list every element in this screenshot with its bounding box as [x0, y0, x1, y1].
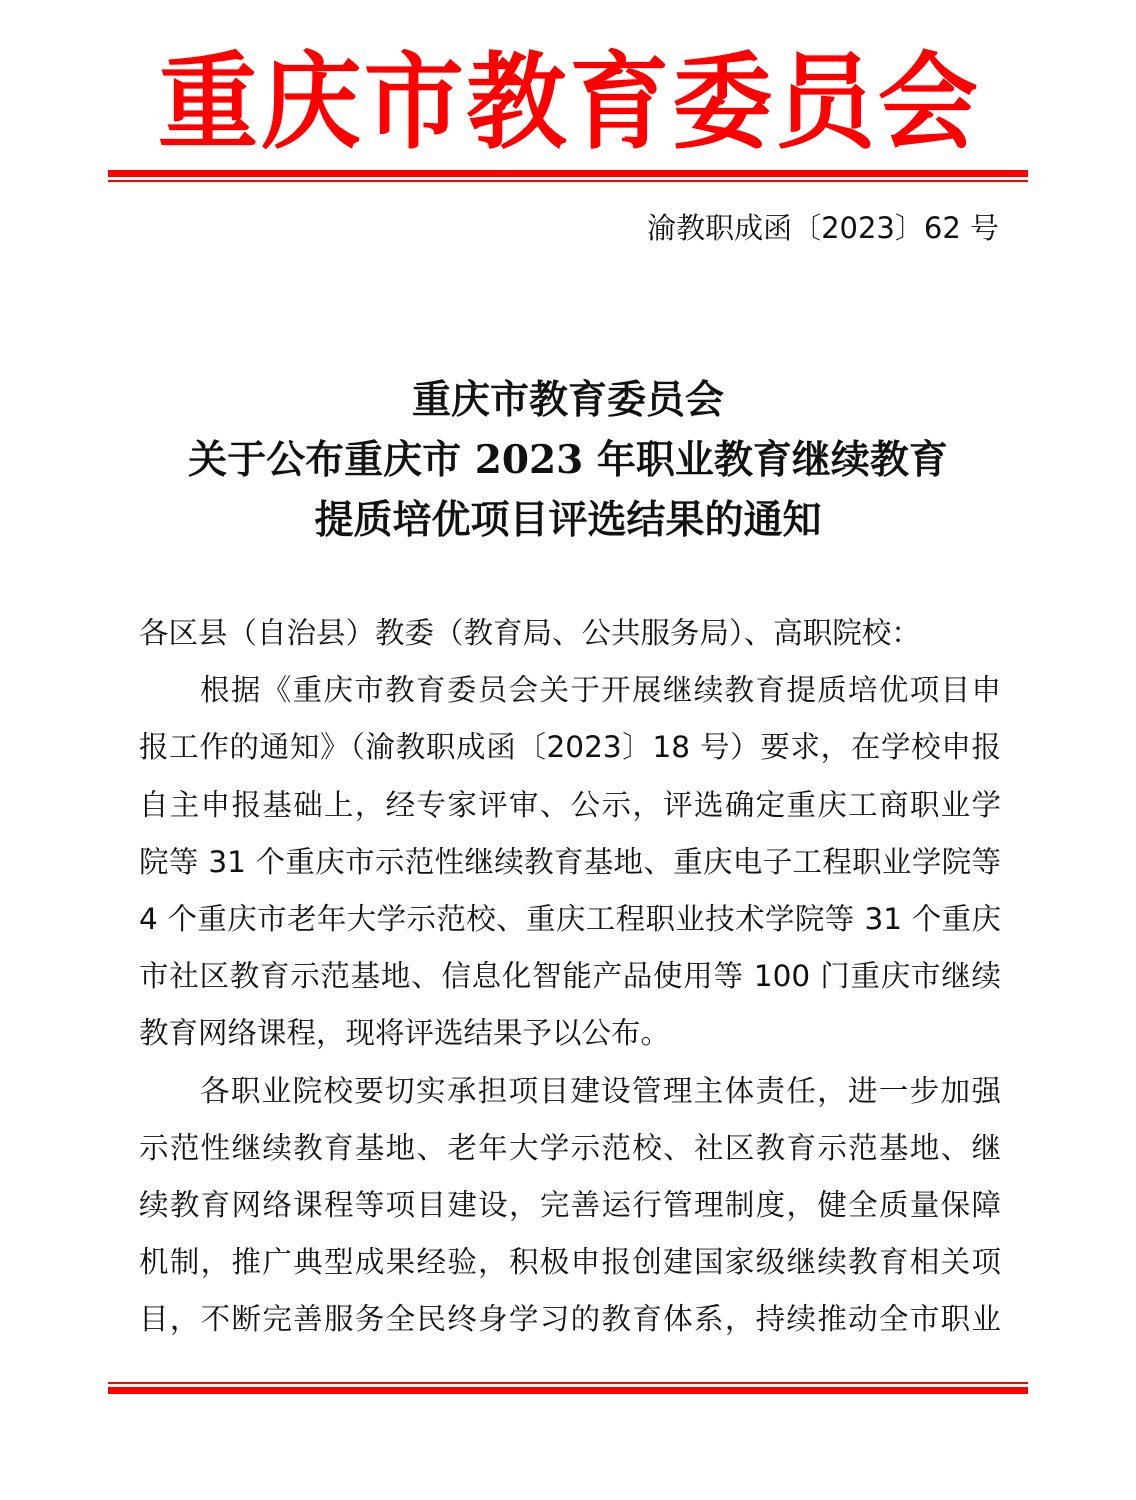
masthead-char: 重 [158, 50, 258, 155]
footer-rule-thick [108, 1387, 1028, 1394]
masthead-title: 重 庆 市 教 育 委 员 会 [108, 52, 1028, 152]
title-line-3: 提质培优项目评选结果的通知 [0, 490, 1136, 550]
paragraph-line: 目，不断完善服务全民终身学习的教育体系，持续推动全市职业 [139, 1291, 1001, 1348]
masthead-char: 会 [878, 50, 978, 155]
paragraph-line: 市社区教育示范基地、信息化智能产品使用等 100 门重庆市继续 [139, 948, 1001, 1005]
document-number: 渝教职成函〔2023〕62 号 [647, 208, 999, 248]
footer-rule-thin [108, 1382, 1028, 1384]
paragraph-line: 示范性继续教育基地、老年大学示范校、社区教育示范基地、继 [139, 1120, 1001, 1177]
paragraph-line: 教育网络课程，现将评选结果予以公布。 [139, 1005, 1001, 1062]
masthead-char: 教 [467, 50, 567, 155]
paragraph-2: 各职业院校要切实承担项目建设管理主体责任，进一步加强 示范性继续教育基地、老年大… [139, 1063, 1001, 1349]
title-line-1: 重庆市教育委员会 [0, 370, 1136, 430]
salutation: 各区县（自治县）教委（教育局、公共服务局）、高职院校： [139, 605, 1001, 662]
paragraph-line: 报工作的通知》（渝教职成函〔2023〕18 号）要求，在学校申报 [139, 719, 1001, 776]
paragraph-line: 4 个重庆市老年大学示范校、重庆工程职业技术学院等 31 个重庆 [139, 891, 1001, 948]
paragraph-line: 根据《重庆市教育委员会关于开展继续教育提质培优项目申 [139, 662, 1001, 719]
masthead-char: 市 [364, 50, 464, 155]
paragraph-line: 院等 31 个重庆市示范性继续教育基地、重庆电子工程职业学院等 [139, 834, 1001, 891]
document-title: 重庆市教育委员会 关于公布重庆市 2023 年职业教育继续教育 提质培优项目评选… [0, 370, 1136, 550]
title-line-2: 关于公布重庆市 2023 年职业教育继续教育 [0, 430, 1136, 490]
paragraph-line: 自主申报基础上，经专家评审、公示，评选确定重庆工商职业学 [139, 777, 1001, 834]
paragraph-line: 续教育网络课程等项目建设，完善运行管理制度，健全质量保障 [139, 1177, 1001, 1234]
masthead-char: 员 [775, 50, 875, 155]
paragraph-line: 机制，推广典型成果经验，积极申报创建国家级继续教育相关项 [139, 1234, 1001, 1291]
masthead-char: 委 [672, 50, 772, 155]
header-rule-thin [108, 180, 1028, 182]
document-body: 各区县（自治县）教委（教育局、公共服务局）、高职院校： 根据《重庆市教育委员会关… [139, 605, 1001, 1349]
masthead-char: 庆 [261, 50, 361, 155]
header-rule-thick [108, 170, 1028, 177]
paragraph-1: 根据《重庆市教育委员会关于开展继续教育提质培优项目申 报工作的通知》（渝教职成函… [139, 662, 1001, 1062]
masthead-char: 育 [569, 50, 669, 155]
paragraph-line: 各职业院校要切实承担项目建设管理主体责任，进一步加强 [139, 1063, 1001, 1120]
